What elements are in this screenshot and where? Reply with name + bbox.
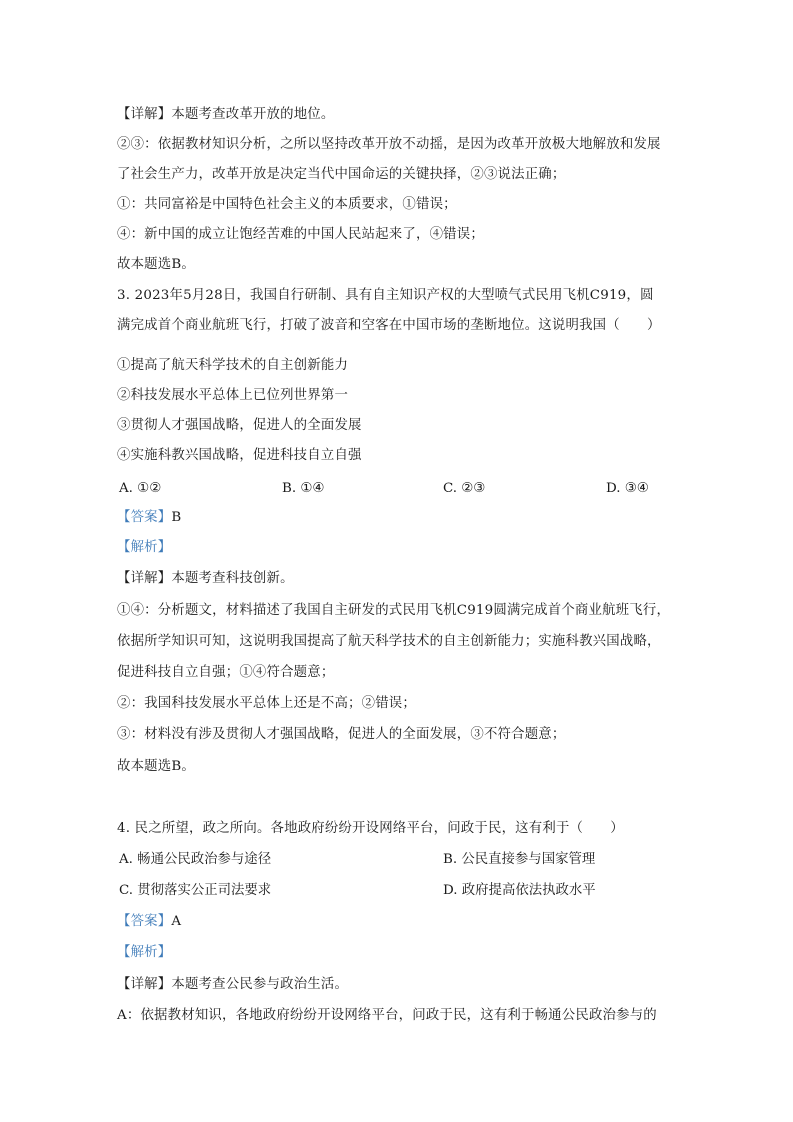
explanation-line: ②③：依据教材知识分析，之所以坚持改革开放不动摇，是因为改革开放极大地解放和发展 <box>117 136 661 154</box>
question-4-analysis-tag: 【解析】 <box>117 944 171 962</box>
detail-tag: 【详解】 <box>117 571 171 586</box>
explanation-line: ①：共同富裕是中国特色社会主义的本质要求，①错误； <box>117 196 457 214</box>
question-3-answer: 【答案】B <box>117 509 181 527</box>
detail-tag: 【详解】 <box>117 107 171 122</box>
conclusion-line: 故本题选B。 <box>117 758 195 776</box>
question-4-stem: 4. 民之所望，政之所向。各地政府纷纷开设网络平台，问政于民，这有利于（ ） <box>117 820 624 838</box>
detail-text: 本题考查科技创新。 <box>171 571 293 586</box>
explanation-line: ④：新中国的成立让饱经苦难的中国人民站起来了，④错误； <box>117 226 484 244</box>
question-3-detail-heading: 【详解】本题考查科技创新。 <box>117 570 294 588</box>
question-3-statement-1: ①提高了航天科学技术的自主创新能力 <box>117 357 348 375</box>
question-4-answer: 【答案】A <box>117 913 181 931</box>
question-3-option-d: D. ③④ <box>606 480 649 498</box>
question-4-detail-heading: 【详解】本题考查公民参与政治生活。 <box>117 976 348 994</box>
explanation-line: ③：材料没有涉及贯彻人才强国战略，促进人的全面发展，③不符合题意； <box>117 726 566 744</box>
explanation-line: A：依据教材知识，各地政府纷纷开设网络平台，问政于民，这有利于畅通公民政治参与的 <box>117 1007 657 1025</box>
detail-heading: 【详解】本题考查改革开放的地位。 <box>117 106 334 124</box>
explanation-line: 促进科技自立自强；①④符合题意； <box>117 664 334 682</box>
answer-tag: 【答案】 <box>117 914 171 929</box>
analysis-tag: 【解析】 <box>117 540 171 555</box>
question-4-option-b: B. 公民直接参与国家管理 <box>443 851 595 869</box>
question-4-option-d: D. 政府提高依法执政水平 <box>443 882 596 900</box>
question-3-statement-2: ②科技发展水平总体上已位列世界第一 <box>117 387 348 405</box>
question-3-statement-4: ④实施科教兴国战略，促进科技自立自强 <box>117 447 362 465</box>
question-3-option-c: C. ②③ <box>443 480 485 498</box>
explanation-line: ②：我国科技发展水平总体上还是不高；②错误； <box>117 695 416 713</box>
question-3-analysis-tag: 【解析】 <box>117 539 171 557</box>
question-4-option-a: A. 畅通公民政治参与途径 <box>119 851 271 869</box>
detail-text: 本题考查改革开放的地位。 <box>171 107 334 122</box>
explanation-line: ①④：分析题文，材料描述了我国自主研发的式民用飞机C919圆满完成首个商业航班飞… <box>117 602 670 620</box>
question-4-option-c: C. 贯彻落实公正司法要求 <box>119 882 271 900</box>
question-3-option-b: B. ①④ <box>282 480 324 498</box>
analysis-tag: 【解析】 <box>117 945 171 960</box>
explanation-line: 依据所学知识可知，这说明我国提高了航天科学技术的自主创新能力；实施科教兴国战略， <box>117 633 661 651</box>
answer-value: B <box>171 510 181 525</box>
detail-text: 本题考查公民参与政治生活。 <box>171 977 348 992</box>
conclusion-line: 故本题选B。 <box>117 256 195 274</box>
explanation-line: 了社会生产力，改革开放是决定当代中国命运的关键抉择，②③说法正确； <box>117 166 566 184</box>
question-3-stem-line-2: 满完成首个商业航班飞行，打破了波音和空客在中国市场的垄断地位。这说明我国（ ） <box>117 317 661 335</box>
detail-tag: 【详解】 <box>117 977 171 992</box>
question-3-stem-line-1: 3. 2023年5月28日，我国自行研制、具有自主知识产权的大型喷气式民用飞机C… <box>117 287 654 305</box>
answer-tag: 【答案】 <box>117 510 171 525</box>
question-3-option-a: A. ①② <box>119 480 161 498</box>
question-3-statement-3: ③贯彻人才强国战略，促进人的全面发展 <box>117 417 362 435</box>
answer-value: A <box>171 914 181 929</box>
